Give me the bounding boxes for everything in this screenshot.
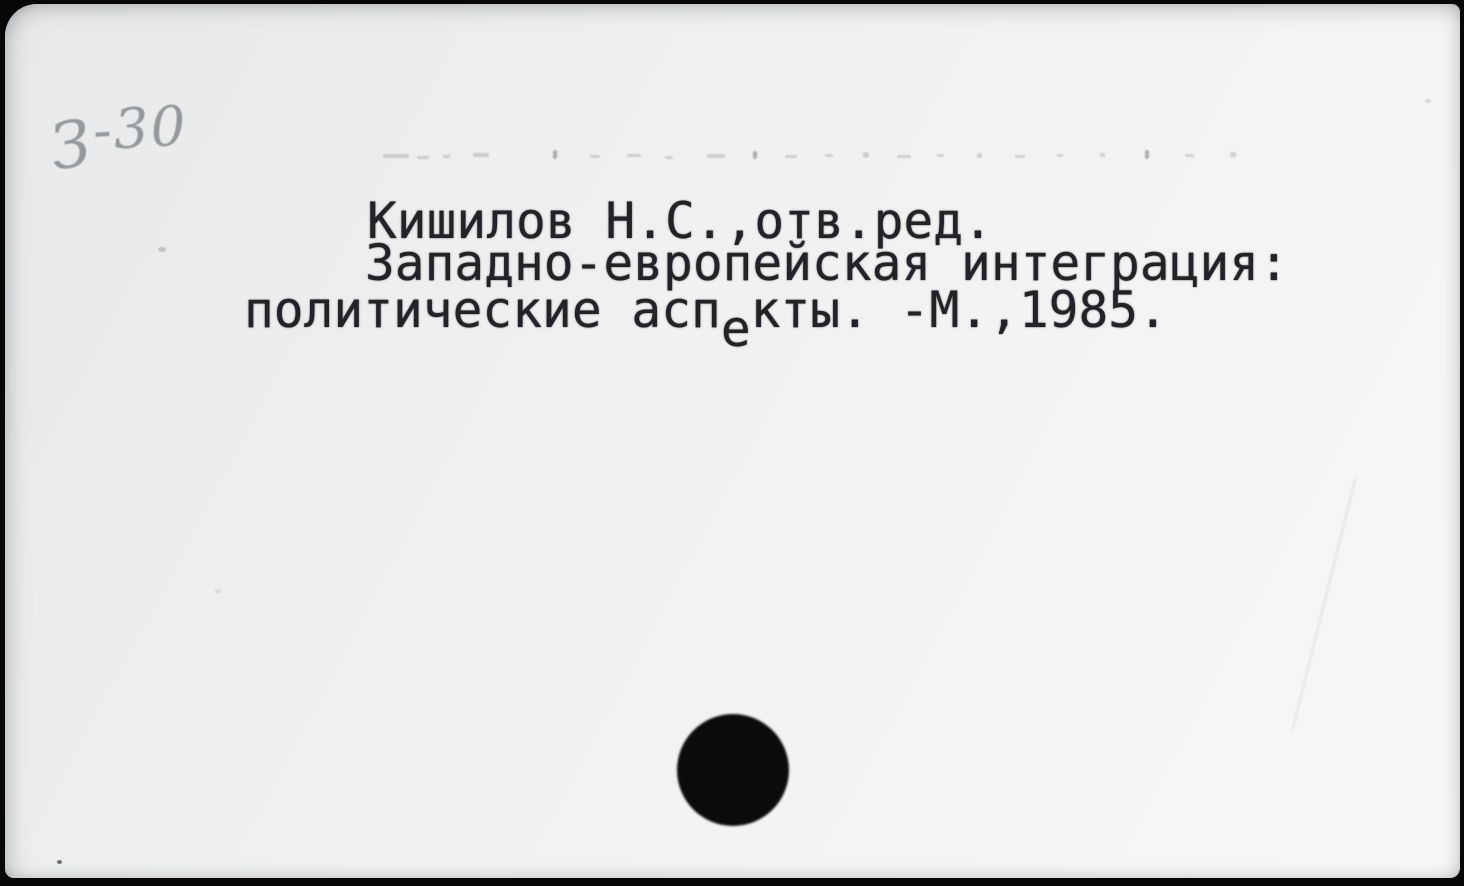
smudge — [1100, 153, 1105, 157]
imprint-line-pre: политические асп — [244, 281, 721, 339]
handwritten-class-mark: З-30 — [51, 100, 187, 164]
smudge — [383, 154, 409, 158]
ink-dot — [677, 714, 789, 826]
smudge — [590, 155, 600, 158]
smudge — [1185, 154, 1194, 157]
smudge — [863, 152, 869, 158]
handwritten-class-mark-number: -30 — [92, 99, 189, 159]
smudge — [665, 156, 673, 159]
smudge — [627, 154, 641, 157]
scratch — [1292, 478, 1357, 731]
smudge — [1057, 154, 1063, 157]
speck — [215, 589, 221, 593]
smudge — [785, 155, 797, 158]
smudge — [937, 154, 944, 157]
smudge — [553, 150, 557, 159]
scan-background: { "annotations": { "class_mark_letter": … — [0, 0, 1464, 886]
smudge — [1230, 152, 1236, 157]
handwritten-class-mark-letter: З — [46, 111, 95, 180]
smudge — [977, 153, 982, 158]
imprint-line: политические аспекты. -М.,1985. — [244, 286, 1168, 336]
catalog-card: З-30 Кишилов Н.С.,отв.ред. Западно-европ… — [5, 4, 1460, 878]
imprint-line-post: кты. -М.,1985. — [751, 281, 1168, 339]
smudge — [825, 154, 833, 157]
speck — [1425, 99, 1431, 103]
smudge — [443, 155, 450, 158]
smudge — [1015, 155, 1025, 158]
smudge — [897, 155, 911, 158]
smudge — [1145, 150, 1149, 159]
imprint-dropped-letter: е — [721, 305, 751, 355]
speck — [57, 860, 62, 864]
smudge — [417, 156, 429, 159]
smudge — [753, 151, 757, 159]
smudge — [473, 153, 489, 157]
smudge — [707, 154, 725, 158]
speck — [158, 247, 166, 252]
